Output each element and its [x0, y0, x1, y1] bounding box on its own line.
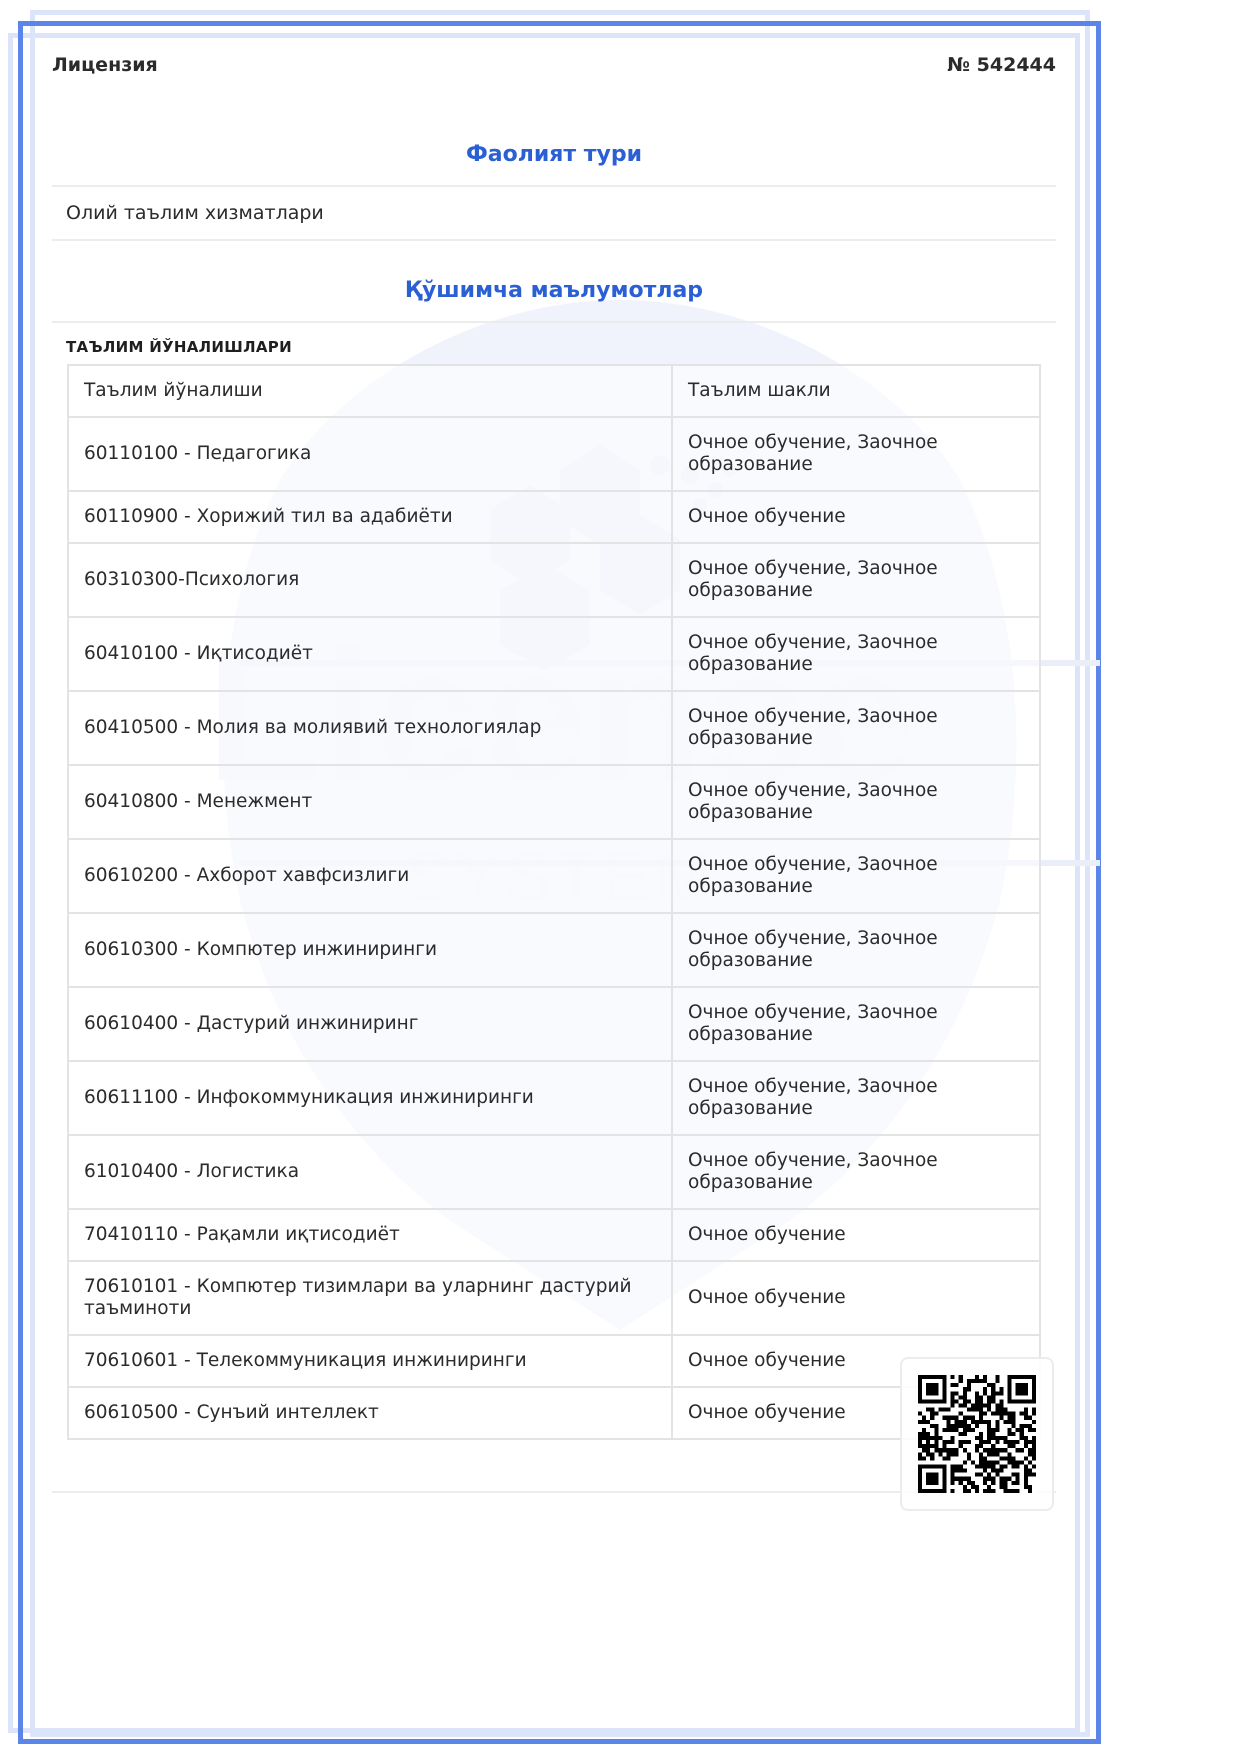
table-row: 60410100 - ИқтисодиётОчное обучение, Зао… — [68, 617, 1040, 691]
education-directions-label: ТАЪЛИМ ЙЎНАЛИШЛАРИ — [66, 338, 292, 356]
direction-cell: 60410500 - Молия ва молиявий технологиял… — [68, 691, 672, 765]
table-row: 60410800 - МенежментОчное обучение, Заоч… — [68, 765, 1040, 839]
direction-cell: 60110100 - Педагогика — [68, 417, 672, 491]
direction-cell: 60610500 - Сунъий интеллект — [68, 1387, 672, 1439]
table-row: 60610300 - Компютер инжинирингиОчное обу… — [68, 913, 1040, 987]
form-cell: Очное обучение — [672, 1209, 1040, 1261]
table-row: 61010400 - ЛогистикаОчное обучение, Заоч… — [68, 1135, 1040, 1209]
table-row: 60410500 - Молия ва молиявий технологиял… — [68, 691, 1040, 765]
direction-cell: 70410110 - Рақамли иқтисодиёт — [68, 1209, 672, 1261]
doc-type-label: Лицензия — [52, 54, 158, 76]
qr-code-icon — [918, 1375, 1036, 1493]
direction-cell: 60410800 - Менежмент — [68, 765, 672, 839]
activity-type-value: Олий таълим хизматлари — [66, 202, 324, 224]
additional-info-title: Қўшимча маълумотлар — [52, 278, 1056, 303]
form-cell: Очное обучение, Заочное образование — [672, 691, 1040, 765]
direction-cell: 60610200 - Ахборот хавфсизлиги — [68, 839, 672, 913]
table-row: 60110900 - Хорижий тил ва адабиётиОчное … — [68, 491, 1040, 543]
table-row: 70410110 - Рақамли иқтисодиётОчное обуче… — [68, 1209, 1040, 1261]
form-cell: Очное обучение, Заочное образование — [672, 543, 1040, 617]
column-header-direction: Таълим йўналиши — [68, 365, 672, 417]
direction-cell: 60310300-Психология — [68, 543, 672, 617]
form-cell: Очное обучение, Заочное образование — [672, 913, 1040, 987]
divider — [52, 321, 1056, 323]
license-number: № 542444 — [947, 54, 1056, 76]
header-row: Лицензия № 542444 — [52, 52, 1056, 78]
direction-cell: 60110900 - Хорижий тил ва адабиёти — [68, 491, 672, 543]
form-cell: Очное обучение, Заочное образование — [672, 1135, 1040, 1209]
direction-cell: 70610601 - Телекоммуникация инжиниринги — [68, 1335, 672, 1387]
form-cell: Очное обучение, Заочное образование — [672, 987, 1040, 1061]
form-cell: Очное обучение, Заочное образование — [672, 1061, 1040, 1135]
direction-cell: 60410100 - Иқтисодиёт — [68, 617, 672, 691]
form-cell: Очное обучение, Заочное образование — [672, 617, 1040, 691]
education-directions-table: Таълим йўналиши Таълим шакли 60110100 - … — [67, 364, 1041, 1440]
direction-cell: 61010400 - Логистика — [68, 1135, 672, 1209]
form-cell: Очное обучение — [672, 491, 1040, 543]
divider — [52, 239, 1056, 241]
table-row: 60610400 - Дастурий инжинирингОчное обуч… — [68, 987, 1040, 1061]
table-row: 60110100 - ПедагогикаОчное обучение, Зао… — [68, 417, 1040, 491]
form-cell: Очное обучение — [672, 1261, 1040, 1335]
table-row: 70610601 - Телекоммуникация инжинирингиО… — [68, 1335, 1040, 1387]
direction-cell: 60611100 - Инфокоммуникация инжиниринги — [68, 1061, 672, 1135]
table-row: 60610500 - Сунъий интеллектОчное обучени… — [68, 1387, 1040, 1439]
form-cell: Очное обучение, Заочное образование — [672, 417, 1040, 491]
direction-cell: 70610101 - Компютер тизимлари ва уларнин… — [68, 1261, 672, 1335]
table-row: 70610101 - Компютер тизимлари ва уларнин… — [68, 1261, 1040, 1335]
direction-cell: 60610300 - Компютер инжиниринги — [68, 913, 672, 987]
direction-cell: 60610400 - Дастурий инжиниринг — [68, 987, 672, 1061]
table-header-row: Таълим йўналиши Таълим шакли — [68, 365, 1040, 417]
column-header-form: Таълим шакли — [672, 365, 1040, 417]
qr-code-card[interactable] — [900, 1357, 1054, 1511]
table-row: 60310300-ПсихологияОчное обучение, Заочн… — [68, 543, 1040, 617]
table-row: 60611100 - Инфокоммуникация инжинирингиО… — [68, 1061, 1040, 1135]
form-cell: Очное обучение, Заочное образование — [672, 765, 1040, 839]
divider — [52, 185, 1056, 187]
table-row: 60610200 - Ахборот хавфсизлигиОчное обуч… — [68, 839, 1040, 913]
activity-type-title: Фаолият тури — [52, 142, 1056, 167]
form-cell: Очное обучение, Заочное образование — [672, 839, 1040, 913]
